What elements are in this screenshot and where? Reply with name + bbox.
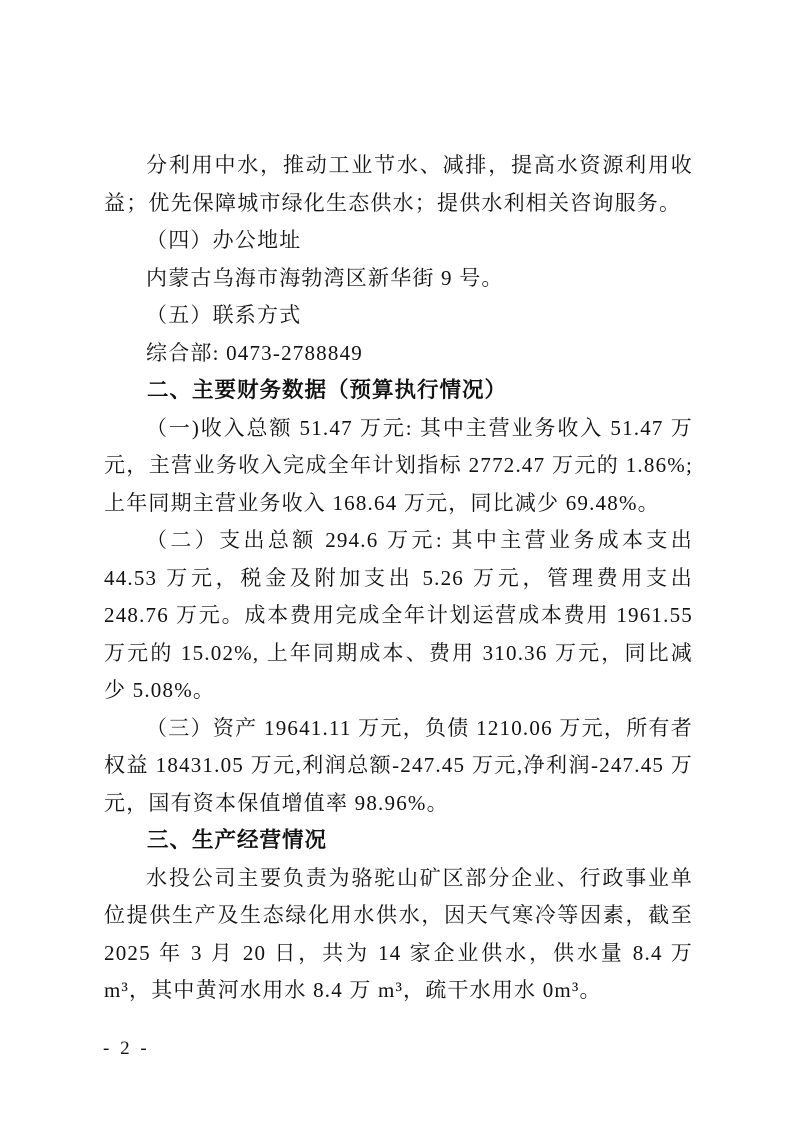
doc-content: 分利用中水，推动工业节水、减排，提高水资源利用收益；优先保障城市绿化生态供水；提… [104, 147, 693, 1010]
paragraph-expenditure-total: （二）支出总额 294.6 万元: 其中主营业务成本支出 44.53 万元，税金… [104, 522, 693, 710]
paragraph-assets-liabilities: （三）资产 19641.11 万元，负债 1210.06 万元，所有者权益 18… [104, 710, 693, 823]
paragraph-water-supply-operations: 水投公司主要负责为骆驼山矿区部分企业、行政事业单位提供生产及生态绿化用水供水，因… [104, 860, 693, 1010]
document-page: 分利用中水，推动工业节水、减排，提高水资源利用收益；优先保障城市绿化生态供水；提… [0, 0, 793, 1122]
paragraph-income-total: （一)收入总额 51.47 万元: 其中主营业务收入 51.47 万元，主营业务… [104, 410, 693, 523]
section-heading-finance-data: 二、主要财务数据（预算执行情况） [104, 372, 693, 410]
section-heading-operations: 三、生产经营情况 [104, 822, 693, 860]
paragraph-services-continuation: 分利用中水，推动工业节水、减排，提高水资源利用收益；优先保障城市绿化生态供水；提… [104, 147, 693, 222]
paragraph-contact-phone: 综合部: 0473-2788849 [104, 335, 693, 373]
paragraph-office-address: 内蒙古乌海市海勃湾区新华街 9 号。 [104, 260, 693, 298]
paragraph-contact-label: （五）联系方式 [104, 297, 693, 335]
paragraph-office-address-label: （四）办公地址 [104, 222, 693, 260]
page-number: - 2 - [103, 1035, 150, 1063]
